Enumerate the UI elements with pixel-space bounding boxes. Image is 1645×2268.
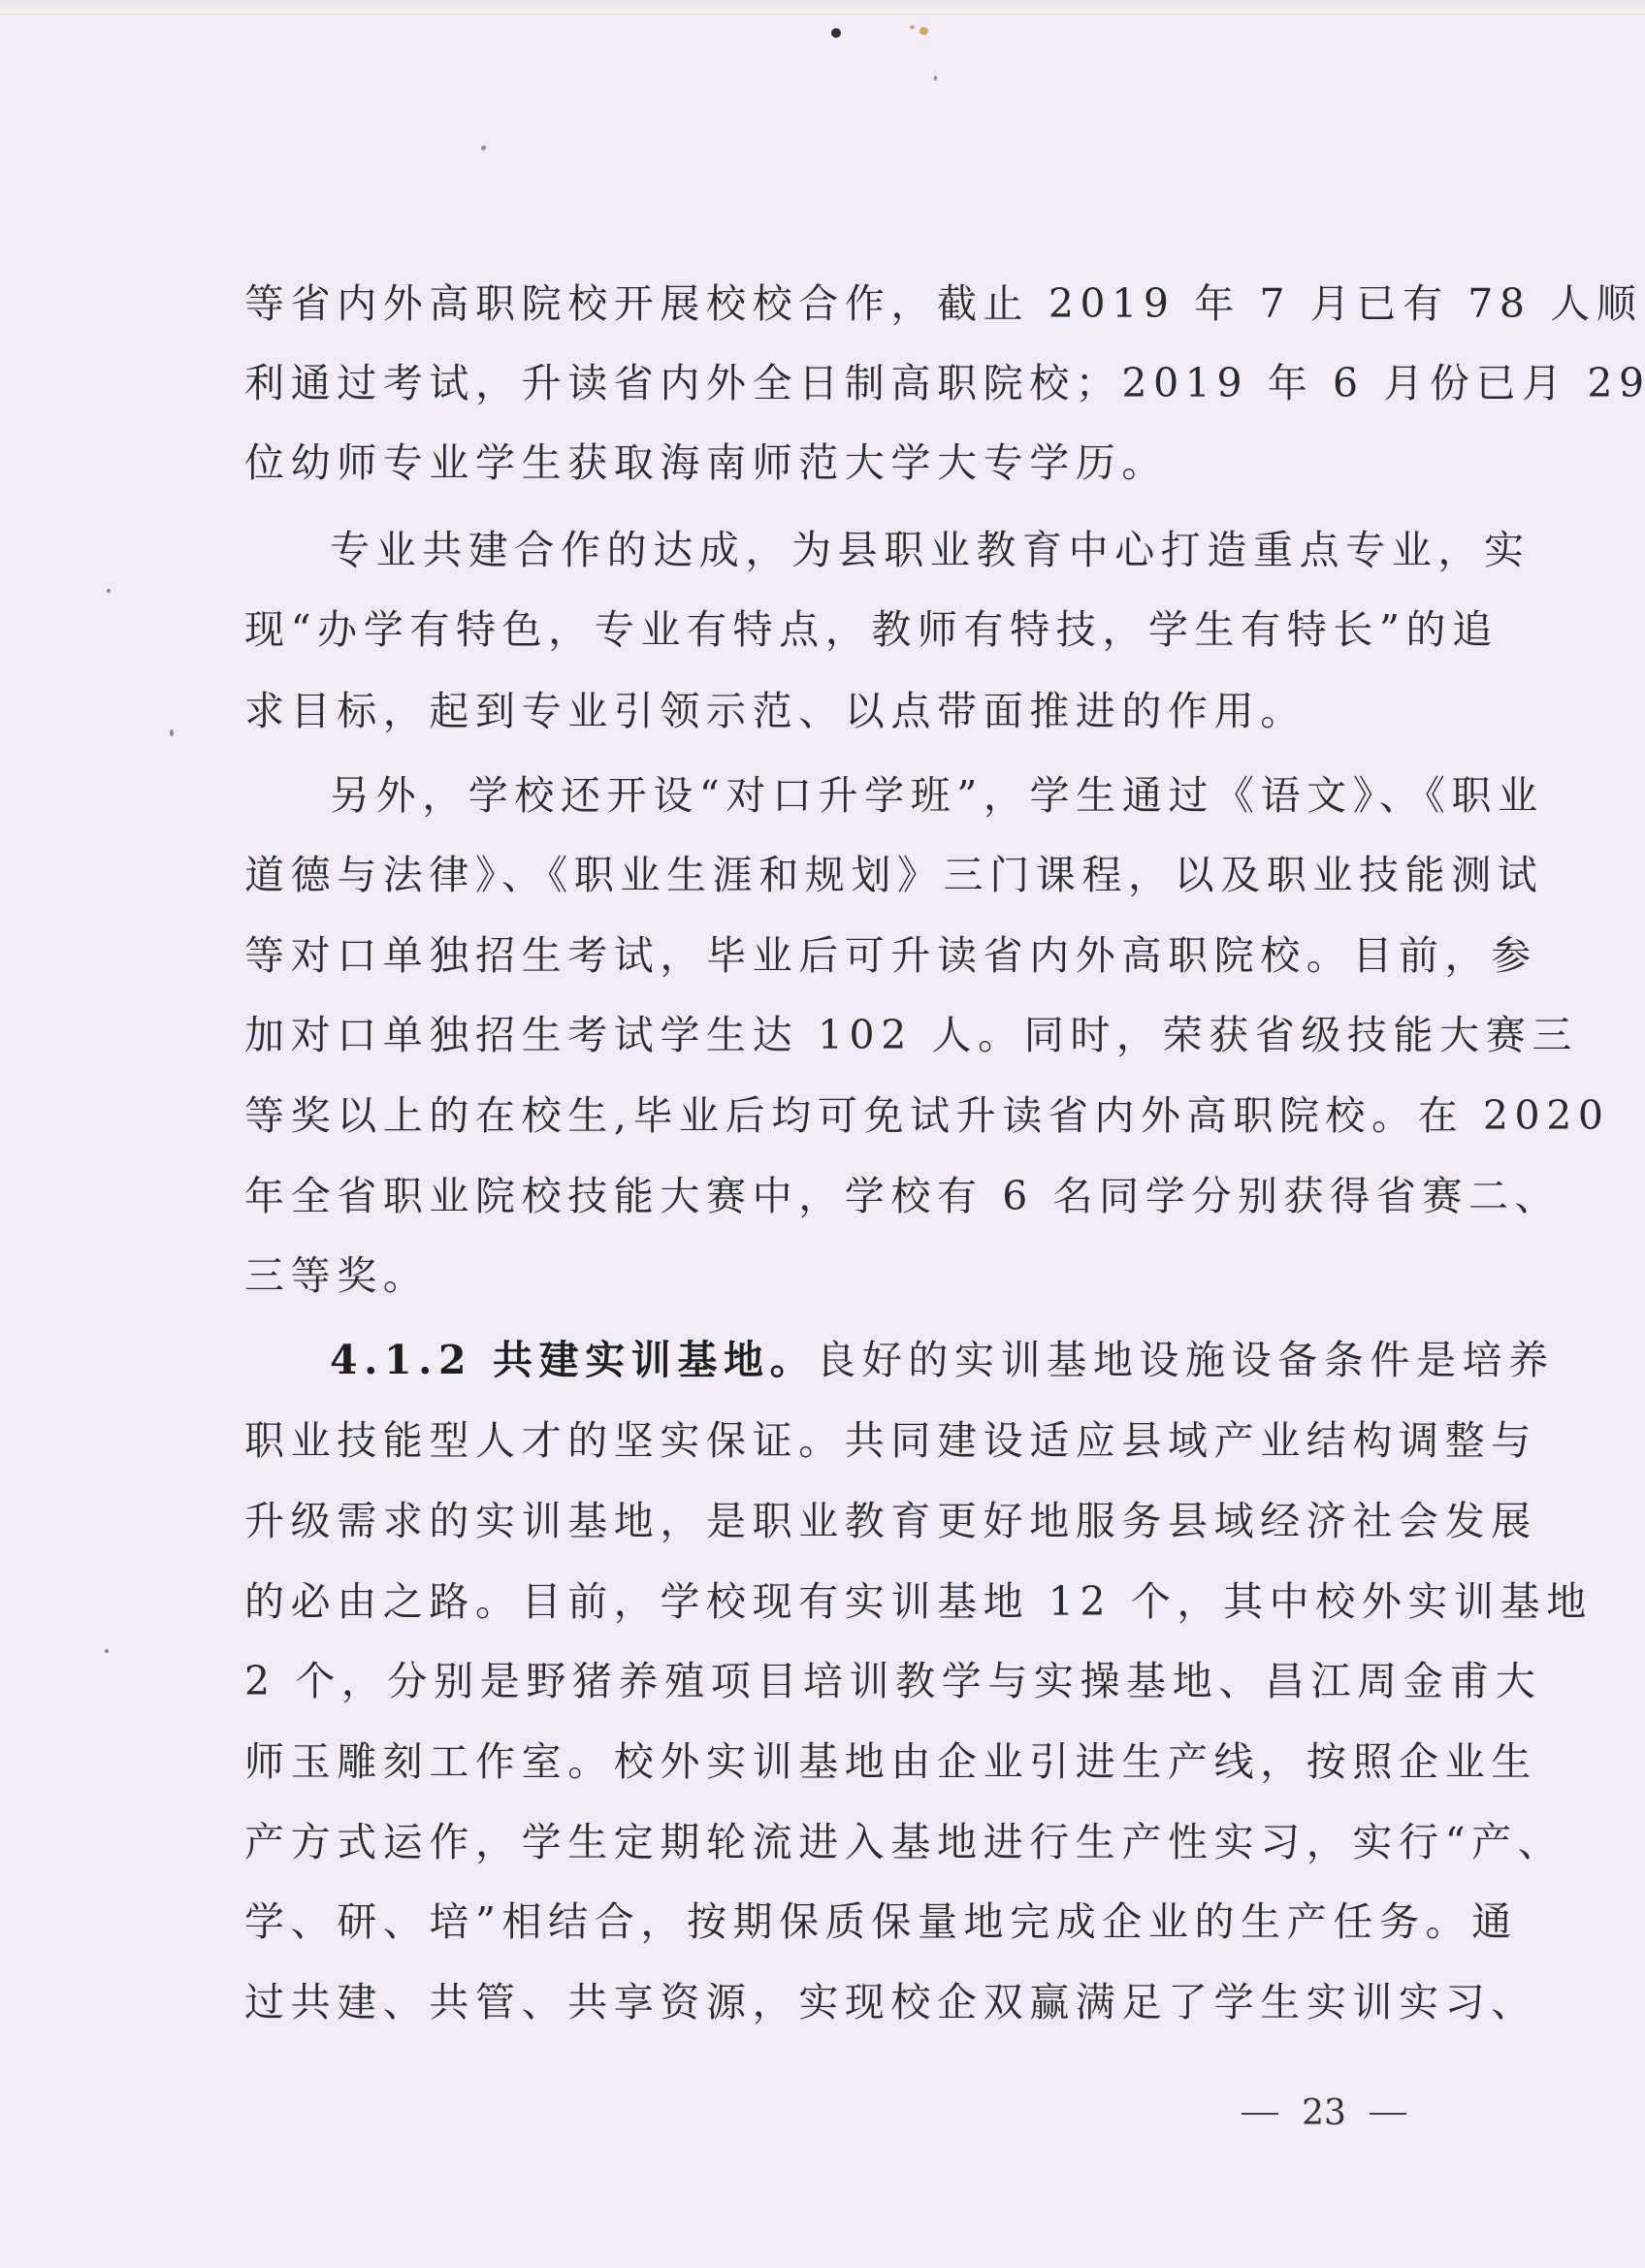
paragraph-line: 产方式运作，学生定期轮流进入基地进行生产性实习，实行“产、 bbox=[244, 1813, 1468, 1871]
section-heading: 4.1.2 共建实训基地。 bbox=[330, 1337, 816, 1383]
paragraph-line: 道德与法律》、《职业生涯和规划》三门课程，以及职业技能测试 bbox=[244, 846, 1468, 904]
paragraph-line: 等奖以上的在校生,毕业后均可免试升读省内外高职院校。在 2020 bbox=[244, 1086, 1468, 1145]
paragraph-line: 职业技能型人才的坚实保证。共同建设适应县域产业结构调整与 bbox=[244, 1411, 1468, 1470]
page-number-dash-left bbox=[1242, 2113, 1278, 2115]
paragraph-line: 三等奖。 bbox=[244, 1247, 1468, 1305]
paragraph-line: 加对口单独招生考试学生达 102 人。同时，荣获省级技能大赛三 bbox=[244, 1006, 1468, 1064]
page-number-value: 23 bbox=[1302, 2093, 1346, 2133]
document-page: 等省内外高职院校开展校校合作，截止 2019 年 7 月已有 78 人顺利通过考… bbox=[0, 0, 1645, 2268]
paragraph-line: 过共建、共管、共享资源，实现校企双赢满足了学生实训实习、 bbox=[244, 1973, 1468, 2031]
paragraph-line: 求目标，起到专业引领示范、以点带面推进的作用。 bbox=[244, 682, 1468, 740]
paragraph-line: 学、研、培”相结合，按期保质保量地完成企业的生产任务。通 bbox=[244, 1893, 1468, 1951]
paragraph-line: 等对口单独招生考试，毕业后可升读省内外高职院校。目前，参 bbox=[244, 926, 1468, 985]
section-heading-continuation: 良好的实训基地设施设备条件是培养 bbox=[816, 1337, 1555, 1383]
section-heading-line: 4.1.2 共建实训基地。良好的实训基地设施设备条件是培养 bbox=[330, 1331, 1468, 1389]
paragraph-line: 的必由之路。目前，学校现有实训基地 12 个，其中校外实训基地 bbox=[244, 1572, 1468, 1631]
paragraph-line: 2 个，分别是野猪养殖项目培训教学与实操基地、昌江周金甫大 bbox=[244, 1652, 1468, 1710]
paragraph-line: 年全省职业院校技能大赛中，学校有 6 名同学分别获得省赛二、 bbox=[244, 1167, 1468, 1225]
paragraph-line: 另外，学校还开设“对口升学班”，学生通过《语文》、《职业 bbox=[330, 766, 1468, 825]
paragraph-line: 专业共建合作的达成，为县职业教育中心打造重点专业，实 bbox=[330, 521, 1468, 579]
paragraph-line: 等省内外高职院校开展校校合作，截止 2019 年 7 月已有 78 人顺 bbox=[244, 275, 1468, 333]
paragraph-line: 升级需求的实训基地，是职业教育更好地服务县域经济社会发展 bbox=[244, 1492, 1468, 1550]
paragraph-line: 位幼师专业学生获取海南师范大学大专学历。 bbox=[244, 434, 1468, 492]
page-number: 23 bbox=[1242, 2093, 1406, 2133]
paragraph-line: 现“办学有特色，专业有特点，教师有特技，学生有特长”的追 bbox=[244, 600, 1468, 659]
paragraph-line: 利通过考试，升读省内外全日制高职院校；2019 年 6 月份已月 29 bbox=[244, 354, 1468, 412]
paragraph-line: 师玉雕刻工作室。校外实训基地由企业引进生产线，按照企业生 bbox=[244, 1733, 1468, 1791]
page-number-dash-right bbox=[1370, 2113, 1406, 2115]
